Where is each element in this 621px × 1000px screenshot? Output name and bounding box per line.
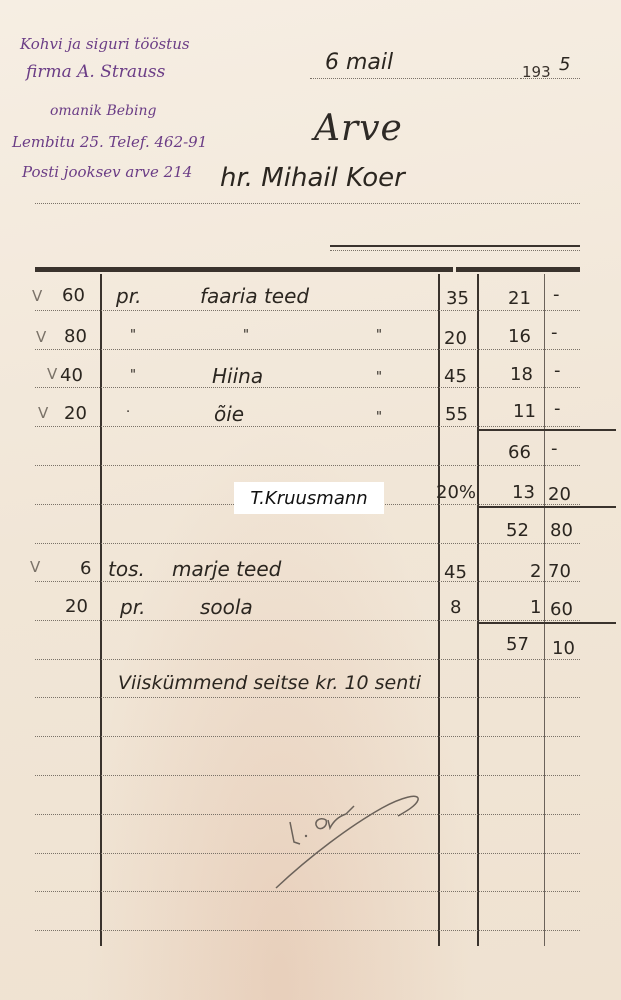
subtotal2-cents: 80 bbox=[550, 520, 573, 541]
check-mark: V bbox=[32, 287, 42, 305]
column-divider-kr bbox=[544, 274, 545, 946]
ditto-mark: " bbox=[376, 328, 382, 343]
check-mark: V bbox=[38, 404, 48, 422]
item-qty: 80 bbox=[64, 326, 87, 347]
amount-in-words: Viiskümmend seitse kr. 10 senti bbox=[118, 672, 421, 694]
total-cents: 10 bbox=[552, 638, 575, 659]
item-kr: 2 bbox=[530, 561, 541, 582]
item-kr: 11 bbox=[513, 401, 536, 422]
item-cents: - bbox=[554, 398, 561, 419]
invoice-title: Arve bbox=[314, 108, 403, 149]
row-line bbox=[35, 775, 580, 776]
date-day-month: 6 mail bbox=[325, 50, 393, 75]
item-description: faaria teed bbox=[200, 284, 309, 308]
item-price: 55 bbox=[445, 404, 468, 425]
subtotal-rule-2 bbox=[478, 506, 616, 508]
table-top-rule-left bbox=[35, 267, 453, 272]
item-price: 45 bbox=[444, 562, 467, 583]
check-mark: V bbox=[30, 558, 40, 576]
letterhead-line-5: Posti jooksev arve 214 bbox=[22, 163, 192, 181]
row-line bbox=[35, 659, 580, 660]
recipient-name: hr. Mihail Koer bbox=[220, 163, 405, 193]
item-unit: pr. bbox=[116, 284, 141, 308]
subtotal-cents: - bbox=[551, 438, 558, 459]
date-dotted-line bbox=[310, 78, 518, 79]
column-divider-price bbox=[477, 274, 479, 946]
signature: S. or bbox=[270, 786, 430, 900]
item-qty: 20 bbox=[64, 403, 87, 424]
column-divider-desc bbox=[438, 274, 440, 946]
signature-stroke-icon bbox=[270, 786, 430, 896]
invoice-paper: Kohvi ja siguri tööstus firma A. Strauss… bbox=[0, 0, 621, 1000]
item-kr: 18 bbox=[510, 364, 533, 385]
item-cents: - bbox=[554, 360, 561, 381]
item-description: soola bbox=[200, 595, 253, 619]
check-mark: V bbox=[47, 365, 57, 383]
ditto-mark: " bbox=[130, 328, 136, 343]
item-description: Hiina bbox=[212, 364, 263, 388]
row-line bbox=[35, 736, 580, 737]
subtotal2-kr: 52 bbox=[506, 520, 529, 541]
date-year-suffix: 5 bbox=[559, 54, 570, 75]
ditto-mark: " bbox=[130, 368, 136, 383]
row-line bbox=[35, 310, 580, 311]
item-cents: 60 bbox=[550, 599, 573, 620]
ditto-mark: " bbox=[376, 410, 382, 425]
discount-cents: 20 bbox=[548, 484, 571, 505]
item-qty: 6 bbox=[80, 558, 91, 579]
subtotal-rule-1 bbox=[478, 429, 616, 431]
check-mark: V bbox=[36, 328, 46, 346]
row-line bbox=[35, 581, 580, 582]
letterhead-line-3: omanik Bebing bbox=[50, 103, 156, 119]
subtotal-kr: 66 bbox=[508, 442, 531, 463]
row-line bbox=[35, 349, 580, 350]
item-kr: 21 bbox=[508, 288, 531, 309]
item-qty: 60 bbox=[62, 285, 85, 306]
item-qty: 20 bbox=[65, 596, 88, 617]
ditto-mark: " bbox=[376, 370, 382, 385]
ditto-mark: " bbox=[243, 328, 249, 343]
letterhead-line-4: Lembitu 25. Telef. 462-91 bbox=[12, 133, 207, 151]
table-top-rule-right bbox=[456, 267, 580, 272]
watermark-label: T.Kruusmann bbox=[234, 482, 384, 514]
address-dotted-line bbox=[330, 250, 580, 251]
total-kr: 57 bbox=[506, 634, 529, 655]
row-line bbox=[35, 620, 580, 621]
row-line bbox=[35, 465, 580, 466]
item-price: 35 bbox=[446, 288, 469, 309]
row-line bbox=[35, 387, 580, 388]
item-price: 20 bbox=[444, 328, 467, 349]
year-dotted-line bbox=[520, 78, 580, 79]
item-unit: pr. bbox=[120, 595, 145, 619]
row-line bbox=[35, 543, 580, 544]
address-line bbox=[330, 245, 580, 247]
discount-kr: 13 bbox=[512, 482, 535, 503]
recipient-dotted-line bbox=[35, 203, 580, 204]
item-kr: 1 bbox=[530, 597, 541, 618]
item-description: marje teed bbox=[172, 557, 281, 581]
row-line bbox=[35, 697, 580, 698]
row-line bbox=[35, 930, 580, 931]
item-price: 45 bbox=[444, 366, 467, 387]
item-cents: - bbox=[551, 322, 558, 343]
item-description: õie bbox=[214, 402, 244, 426]
ditto-mark: · bbox=[126, 405, 130, 420]
item-cents: 70 bbox=[548, 561, 571, 582]
item-unit: tos. bbox=[108, 557, 145, 581]
column-divider-qty bbox=[100, 274, 102, 946]
row-line bbox=[35, 426, 580, 427]
item-kr: 16 bbox=[508, 326, 531, 347]
letterhead-line-2: firma A. Strauss bbox=[26, 62, 165, 82]
letterhead-line-1: Kohvi ja siguri tööstus bbox=[20, 35, 190, 53]
item-cents: - bbox=[553, 284, 560, 305]
item-price: 8 bbox=[450, 597, 461, 618]
discount-label: 20% bbox=[436, 482, 476, 503]
item-qty: 40 bbox=[60, 365, 83, 386]
subtotal-rule-3 bbox=[478, 622, 616, 624]
